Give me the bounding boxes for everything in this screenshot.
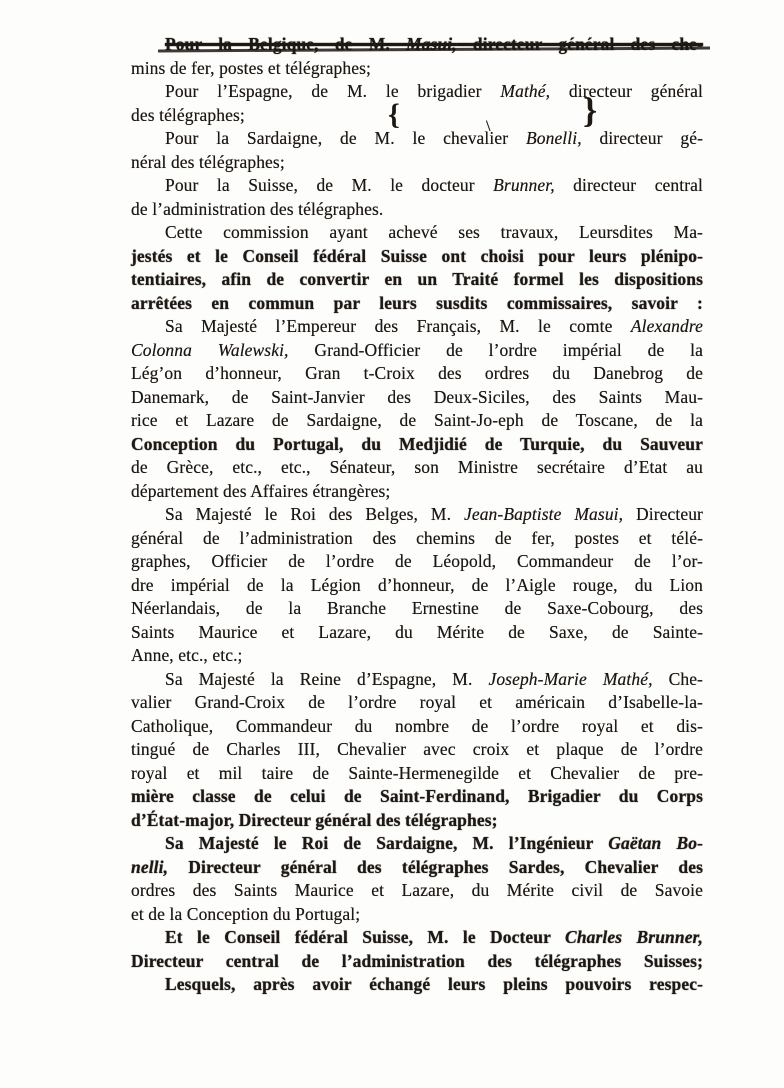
proper-name-italic: Jean-Baptiste Masui, [464, 504, 623, 524]
text-segment: Néerlandais, de la Branche Ernestine de … [131, 598, 703, 618]
text-segment: Directeur général des télégraphes Sardes… [168, 857, 703, 877]
proper-name-italic: Bonelli, [526, 128, 582, 148]
text-line: Conception du Portugal, du Medjidié de T… [131, 433, 703, 457]
text-line: Danemark, de Saint-Janvier des Deux-Sici… [131, 386, 703, 410]
text-line: Lég’on d’honneur, Gran t-Croix des ordre… [131, 362, 703, 386]
text-line: Pour la Suisse, de M. le docteur Brunner… [131, 174, 703, 198]
text-line: et de la Conception du Portugal; [131, 903, 703, 927]
text-segment: mins de fer, postes et télégraphes; [131, 58, 371, 78]
text-segment: arrêtées en commun par leurs susdits com… [131, 293, 703, 313]
proper-name-italic: Colonna Walewski, [131, 340, 289, 360]
text-segment: tingué de Charles III, Chevalier avec cr… [131, 739, 703, 759]
text-segment: rice et Lazare de Sardaigne, de Saint-Jo… [131, 410, 703, 430]
text-segment: Grand-Officier de l’ordre impérial de la [289, 340, 703, 360]
text-line: royal et mil taire de Sainte-Hermenegild… [131, 762, 703, 786]
proper-name-italic: Charles Brunner, [565, 927, 703, 947]
text-segment: Et le Conseil fédéral Suisse, M. le Doct… [165, 927, 565, 947]
ink-blot-brace-left: { [388, 100, 400, 130]
proper-name-italic: Gaëtan Bo- [608, 833, 703, 853]
text-line: mins de fer, postes et télégraphes; [131, 57, 703, 81]
text-segment: tentiaires, afin de convertir en un Trai… [131, 269, 703, 289]
ink-blot-brace-right: } [583, 92, 597, 128]
text-segment: d’État-major, Directeur général des télé… [131, 810, 498, 830]
text-segment: Cette commission ayant achevé ses travau… [165, 222, 703, 242]
text-line: Pour l’Espagne, de M. le brigadier Mathé… [131, 80, 703, 104]
text-segment: directeur gé- [582, 128, 703, 148]
proper-name-italic: Brunner, [493, 175, 555, 195]
text-segment: des télégraphes; [131, 105, 245, 125]
text-line: Catholique, Commandeur du nombre de l’or… [131, 715, 703, 739]
text-segment: Sa Majesté le Roi des Belges, M. [165, 504, 464, 524]
scanned-document-page: { "page": { "background": "#fdfdfb", "in… [0, 0, 784, 1088]
text-line: dre impérial de la Légion d’honneur, de … [131, 574, 703, 598]
text-segment: directeur général [550, 81, 703, 101]
text-line: mière classe de celui de Saint-Ferdinand… [131, 785, 703, 809]
text-segment: de l’administration des télégraphes. [131, 199, 383, 219]
text-line: Saints Maurice et Lazare, du Mérite de S… [131, 621, 703, 645]
text-segment: Sa Majesté la Reine d’Espagne, M. [165, 669, 488, 689]
text-segment: Directeur central de l’administration de… [131, 951, 703, 971]
text-segment: général de l’administration des chemins … [131, 528, 703, 548]
text-segment: royal et mil taire de Sainte-Hermenegild… [131, 763, 703, 783]
text-segment: et de la Conception du Portugal; [131, 904, 360, 924]
text-line: néral des télégraphes; [131, 151, 703, 175]
text-segment: Lesquels, après avoir échangé leurs plei… [165, 974, 703, 994]
text-line: Néerlandais, de la Branche Ernestine de … [131, 597, 703, 621]
proper-name-italic: Joseph-Marie Mathé, [488, 669, 652, 689]
text-line: général de l’administration des chemins … [131, 527, 703, 551]
text-segment: jestés et le Conseil fédéral Suisse ont … [131, 246, 703, 266]
text-segment: Directeur [623, 504, 703, 524]
proper-name-italic: nelli, [131, 857, 168, 877]
text-segment: Danemark, de Saint-Janvier des Deux-Sici… [131, 387, 703, 407]
text-line: rice et Lazare de Sardaigne, de Saint-Jo… [131, 409, 703, 433]
text-line: département des Affaires étrangères; [131, 480, 703, 504]
text-line: de l’administration des télégraphes. [131, 198, 703, 222]
text-segment: Pour la Suisse, de M. le docteur [165, 175, 493, 195]
text-segment: directeur central [555, 175, 703, 195]
text-segment: département des Affaires étrangères; [131, 481, 390, 501]
scanned-page: Pour la Belgique, de M. Masui, directeur… [0, 0, 784, 1088]
text-segment: directeur général des che- [457, 34, 703, 54]
text-segment: Pour la Sardaigne, de M. le chevalier [165, 128, 526, 148]
text-line: d’État-major, Directeur général des télé… [131, 809, 703, 833]
text-line: ordres des Saints Maurice et Lazare, du … [131, 879, 703, 903]
text-line: Lesquels, après avoir échangé leurs plei… [131, 973, 703, 997]
text-segment: Anne, etc., etc.; [131, 645, 243, 665]
text-line: Anne, etc., etc.; [131, 644, 703, 668]
text-line: Colonna Walewski, Grand-Officier de l’or… [131, 339, 703, 363]
text-segment: ordres des Saints Maurice et Lazare, du … [131, 880, 703, 900]
ink-stroke-mark: \ [486, 119, 490, 135]
text-segment: mière classe de celui de Saint-Ferdinand… [131, 786, 703, 806]
text-line: valier Grand-Croix de l’ordre royal et a… [131, 691, 703, 715]
text-segment: Pour l’Espagne, de M. le brigadier [165, 81, 500, 101]
text-segment: de Grèce, etc., etc., Sénateur, son Mini… [131, 457, 703, 477]
text-segment: néral des télégraphes; [131, 152, 285, 172]
text-segment: Sa Majesté l’Empereur des Français, M. l… [165, 316, 631, 336]
text-line: Cette commission ayant achevé ses travau… [131, 221, 703, 245]
text-line: jestés et le Conseil fédéral Suisse ont … [131, 245, 703, 269]
text-line: tingué de Charles III, Chevalier avec cr… [131, 738, 703, 762]
text-segment: Sa Majesté le Roi de Sardaigne, M. l’Ing… [165, 833, 608, 853]
text-line: Sa Majesté le Roi des Belges, M. Jean-Ba… [131, 503, 703, 527]
text-line: arrêtées en commun par leurs susdits com… [131, 292, 703, 316]
text-line: des télégraphes; [131, 104, 703, 128]
text-line: de Grèce, etc., etc., Sénateur, son Mini… [131, 456, 703, 480]
text-line: Pour la Belgique, de M. Masui, directeur… [131, 33, 703, 57]
page-text: Pour la Belgique, de M. Masui, directeur… [131, 33, 703, 997]
text-segment: dre impérial de la Légion d’honneur, de … [131, 575, 703, 595]
text-line: Sa Majesté le Roi de Sardaigne, M. l’Ing… [131, 832, 703, 856]
text-line: graphes, Officier de l’ordre de Léopold,… [131, 550, 703, 574]
proper-name-italic: Mathé, [500, 81, 550, 101]
text-segment: Catholique, Commandeur du nombre de l’or… [131, 716, 703, 736]
text-line: Et le Conseil fédéral Suisse, M. le Doct… [131, 926, 703, 950]
text-segment: Lég’on d’honneur, Gran t-Croix des ordre… [131, 363, 703, 383]
text-line: nelli, Directeur général des télégraphes… [131, 856, 703, 880]
text-segment: graphes, Officier de l’ordre de Léopold,… [131, 551, 703, 571]
proper-name-italic: Alexandre [631, 316, 703, 336]
text-line: Sa Majesté la Reine d’Espagne, M. Joseph… [131, 668, 703, 692]
text-segment: Che- [653, 669, 703, 689]
text-line: Sa Majesté l’Empereur des Français, M. l… [131, 315, 703, 339]
text-segment: Conception du Portugal, du Medjidié de T… [131, 434, 703, 454]
text-segment: valier Grand-Croix de l’ordre royal et a… [131, 692, 703, 712]
text-line: Directeur central de l’administration de… [131, 950, 703, 974]
text-line: Pour la Sardaigne, de M. le chevalier Bo… [131, 127, 703, 151]
text-segment: Saints Maurice et Lazare, du Mérite de S… [131, 622, 703, 642]
text-line: tentiaires, afin de convertir en un Trai… [131, 268, 703, 292]
